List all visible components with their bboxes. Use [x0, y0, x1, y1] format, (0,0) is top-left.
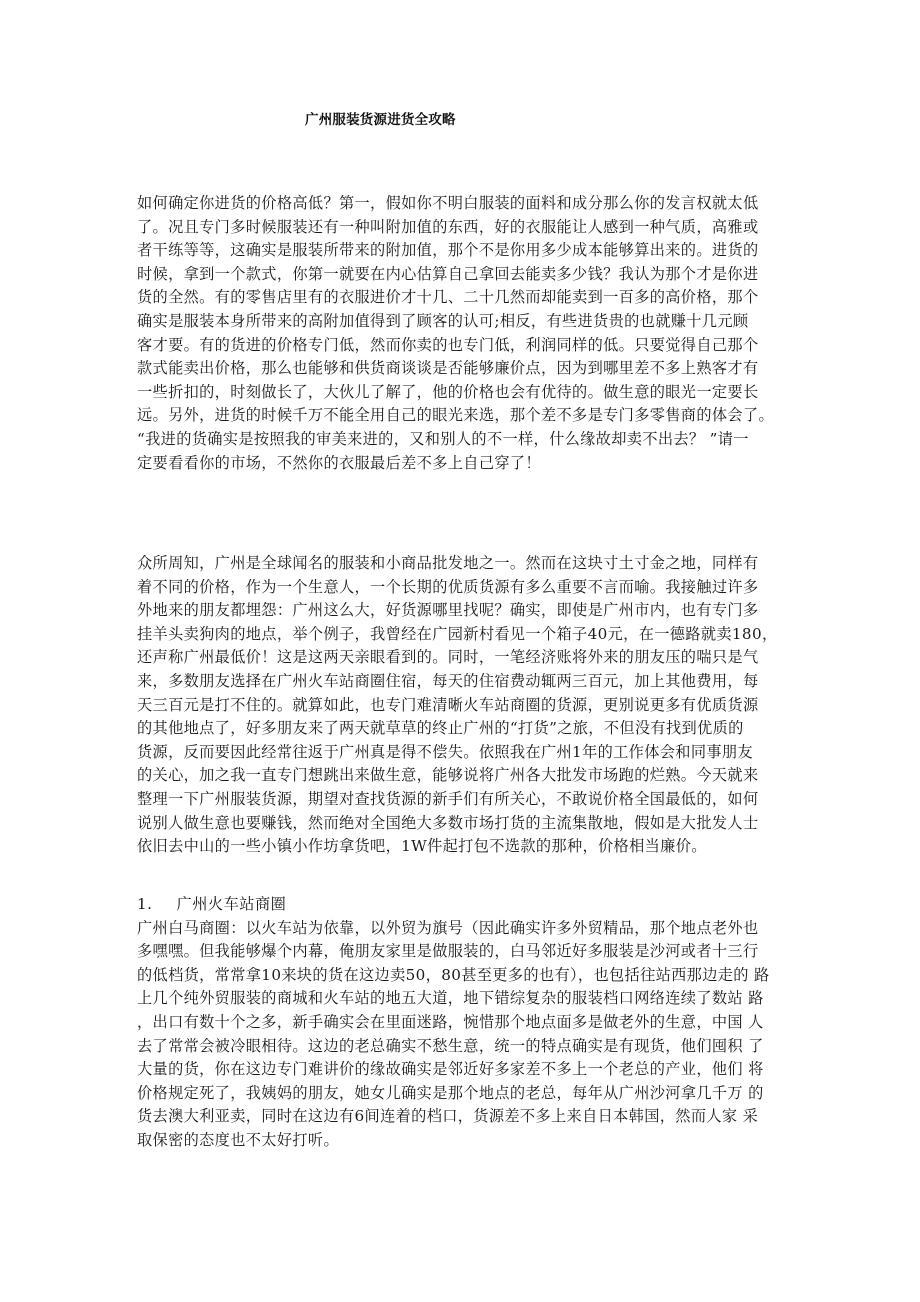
text-line: 众所周知，广州是全球闻名的服装和小商品批发地之一。然而在这块寸土寸金之地，同样有: [137, 552, 807, 576]
text-line: 货去澳大利亚卖，同时在这边有6间连着的档口，货源差不多上来自日本韩国，然而人家 …: [137, 1105, 807, 1129]
text-line: 上几个纯外贸服装的商城和火车站的地五大道，地下错综复杂的服装档口网络连续了数站 …: [137, 987, 807, 1011]
text-line: 广州白马商圈：以火车站为依靠，以外贸为旗号（因此确实许多外贸精品，那个地点老外也: [137, 917, 807, 941]
text-line: 如何确定你进货的价格高低？第一，假如你不明白服装的面料和成分那么你的发言权就太低: [137, 192, 807, 216]
text-line: 款式能卖出价格，那么也能够和供货商谈谈是否能够廉价点，因为到哪里差不多上熟客才有: [137, 357, 807, 381]
text-line: 去了常常会被冷眼相待。这边的老总确实不愁生意，统一的特点确实是有现货，他们囤积 …: [137, 1035, 807, 1059]
text-line: 的其他地点了，好多朋友来了两天就草草的终止广州的“打货”之旅，不但没有找到优质的: [137, 717, 807, 741]
text-line: 确实是服装本身所带来的高附加值得到了顾客的认可;相反，有些进货贵的也就赚十几元顾: [137, 310, 807, 334]
text-line: 来，多数朋友选择在广州火车站商圈住宿，每天的住宿费动辄两三百元，加上其他费用，每: [137, 670, 807, 694]
text-line: 说别人做生意也要赚钱，然而绝对全国绝大多数市场打货的主流集散地，假如是大批发人士: [137, 812, 807, 836]
text-line: 了。况且专门多时候服装还有一种叫附加值的东西，好的衣服能让人感到一种气质，高雅或: [137, 216, 807, 240]
text-line: 还声称广州最低价！这是这两天亲眼看到的。同时，一笔经济账将外来的朋友压的喘只是气: [137, 646, 807, 670]
text-line: 整理一下广州服装货源，期望对查找货源的新手们有所关心，不敢说价格全国最低的，如何: [137, 788, 807, 812]
text-line: 着不同的价格，作为一个生意人，一个长期的优质货源有多么重要不言而喻。我接触过许多: [137, 576, 807, 600]
section-number: 1.: [137, 895, 153, 913]
text-line: 取保密的态度也不太好打听。: [137, 1129, 807, 1153]
text-line: “我进的货确实是按照我的审美来进的，又和别人的不一样，什么缘故却卖不出去？ ”请…: [137, 428, 807, 452]
section-heading: 1.广州火车站商圈: [137, 893, 807, 917]
text-line: 时候，拿到一个款式，你第一就要在内心估算自己拿回去能卖多少钱？我认为那个才是你进: [137, 263, 807, 287]
text-line: 多嘿嘿。但我能够爆个内幕，俺朋友家里是做服装的，白马邻近好多服装是沙河或者十三行: [137, 940, 807, 964]
text-line: 天三百元是打不住的。就算如此，也专门难清晰火车站商圈的货源，更别说更多有优质货源: [137, 694, 807, 718]
text-line: 外地来的朋友都埋怨：广州这么大，好货源哪里找呢？确实，即使是广州市内，也有专门多: [137, 599, 807, 623]
section-railway-station: 1.广州火车站商圈 广州白马商圈：以火车站为依靠，以外贸为旗号（因此确实许多外贸…: [137, 893, 807, 1153]
paragraph-guangzhou-intro: 众所周知，广州是全球闻名的服装和小商品批发地之一。然而在这块寸土寸金之地，同样有…: [137, 552, 807, 859]
text-line: 一些折扣的，时刻做长了，大伙儿了解了，他的价格也会有优待的。做生意的眼光一定要长: [137, 381, 807, 405]
text-line: 定要看看你的市场，不然你的衣服最后差不多上自己穿了！: [137, 452, 807, 476]
paragraph-price-judgement: 如何确定你进货的价格高低？第一，假如你不明白服装的面料和成分那么你的发言权就太低…: [137, 192, 807, 475]
document-page: 广州服装货源进货全攻略 如何确定你进货的价格高低？第一，假如你不明白服装的面料和…: [0, 0, 920, 1302]
text-line: ，出口有数十个之多，新手确实会在里面迷路，惋惜那个地点面多是做老外的生意，中国 …: [137, 1011, 807, 1035]
text-line: 者干练等等，这确实是服装所带来的附加值，那个不是你用多少成本能够算出来的。进货的: [137, 239, 807, 263]
document-title: 广州服装货源进货全攻略: [305, 108, 456, 128]
text-line: 的关心，加之我一直专门想跳出来做生意，能够说将广州各大批发市场跑的烂熟。今天就来: [137, 764, 807, 788]
text-line: 大量的货，你在这边专门难讲价的缘故确实是邻近好多家差不多上一个老总的产业，他们 …: [137, 1058, 807, 1082]
text-line: 客才要。有的货进的价格专门低，然而你卖的也专门低，利润同样的低。只要觉得自己那个: [137, 334, 807, 358]
text-line: 货的全然。有的零售店里有的衣服进价才十几、二十几然而却能卖到一百多的高价格，那个: [137, 286, 807, 310]
text-line: 的低档货，常常拿10来块的货在这边卖50，80甚至更多的也有），也包括往站西那边…: [137, 964, 807, 988]
text-line: 货源，反而要因此经常往返于广州真是得不偿失。依照我在广州1年的工作体会和同事朋友: [137, 741, 807, 765]
text-line: 价格规定死了，我姨妈的朋友，她女儿确实是那个地点的老总，每年从广州沙河拿几千万 …: [137, 1082, 807, 1106]
text-line: 远。另外，进货的时候千万不能全用自己的眼光来选，那个差不多是专门多零售商的体会了…: [137, 404, 807, 428]
text-line: 挂羊头卖狗肉的地点，举个例子，我曾经在广园新村看见一个箱子40元，在一德路就卖1…: [137, 623, 807, 647]
section-heading-text: 广州火车站商圈: [177, 895, 287, 913]
text-line: 依旧去中山的一些小镇小作坊拿货吧，1W件起打包不选款的那种，价格相当廉价。: [137, 835, 807, 859]
